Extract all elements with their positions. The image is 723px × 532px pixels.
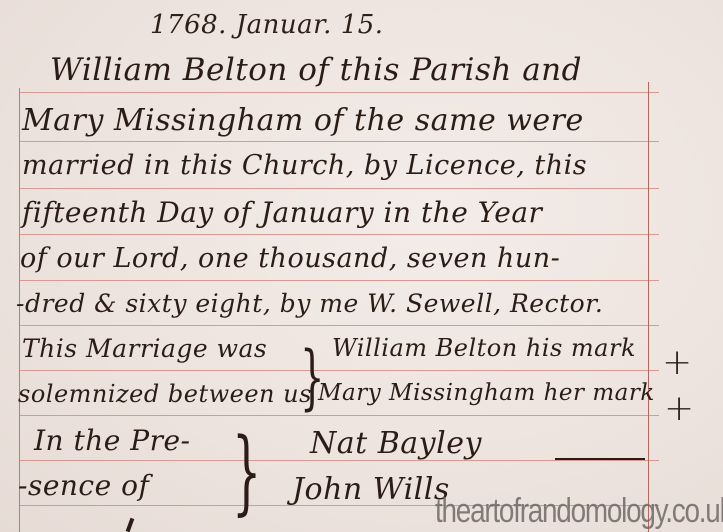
next-entry-ink-fragment	[126, 518, 135, 532]
entry-line-3: married in this Church, by Licence, this	[22, 150, 587, 181]
bride-mark-cross: +	[664, 388, 694, 429]
ruled-line	[19, 188, 659, 189]
entry-line-4: fifteenth Day of January in the Year	[22, 196, 542, 229]
witness-name-1-underline	[555, 458, 645, 460]
right-margin-line	[648, 82, 649, 532]
entry-line-5: of our Lord, one thousand, seven hun-	[20, 243, 560, 274]
groom-signature: William Belton his mark	[332, 334, 636, 362]
entry-line-6: -dred & sixty eight, by me W. Sewell, Re…	[16, 289, 603, 318]
ruled-line	[19, 92, 659, 93]
register-page: 1768. Januar. 15. William Belton of this…	[0, 0, 723, 532]
witness-name-2: John Wills	[292, 472, 450, 507]
entry-line-2: Mary Missingham of the same were	[22, 103, 584, 138]
witness-label-1: In the Pre-	[34, 424, 191, 457]
ruled-line	[19, 234, 659, 235]
ruled-line	[19, 370, 659, 371]
solemnization-label-2: solemnized between us	[18, 380, 312, 408]
bride-signature: Mary Missingham her mark	[318, 380, 655, 406]
witness-name-1: Nat Bayley	[310, 426, 482, 461]
ruled-line	[19, 141, 659, 142]
ruled-line	[19, 280, 659, 281]
groom-mark-cross: +	[662, 342, 692, 383]
ruled-line	[19, 415, 659, 416]
solemnization-label-1: This Marriage was	[22, 334, 267, 363]
witnesses-brace: }	[232, 418, 261, 525]
ruled-line	[19, 325, 659, 326]
watermark: theartofrandomology.co.uk	[435, 492, 723, 531]
witness-label-2: -sence of	[18, 469, 149, 502]
entry-line-1: William Belton of this Parish and	[50, 52, 582, 88]
date-heading: 1768. Januar. 15.	[150, 10, 384, 40]
